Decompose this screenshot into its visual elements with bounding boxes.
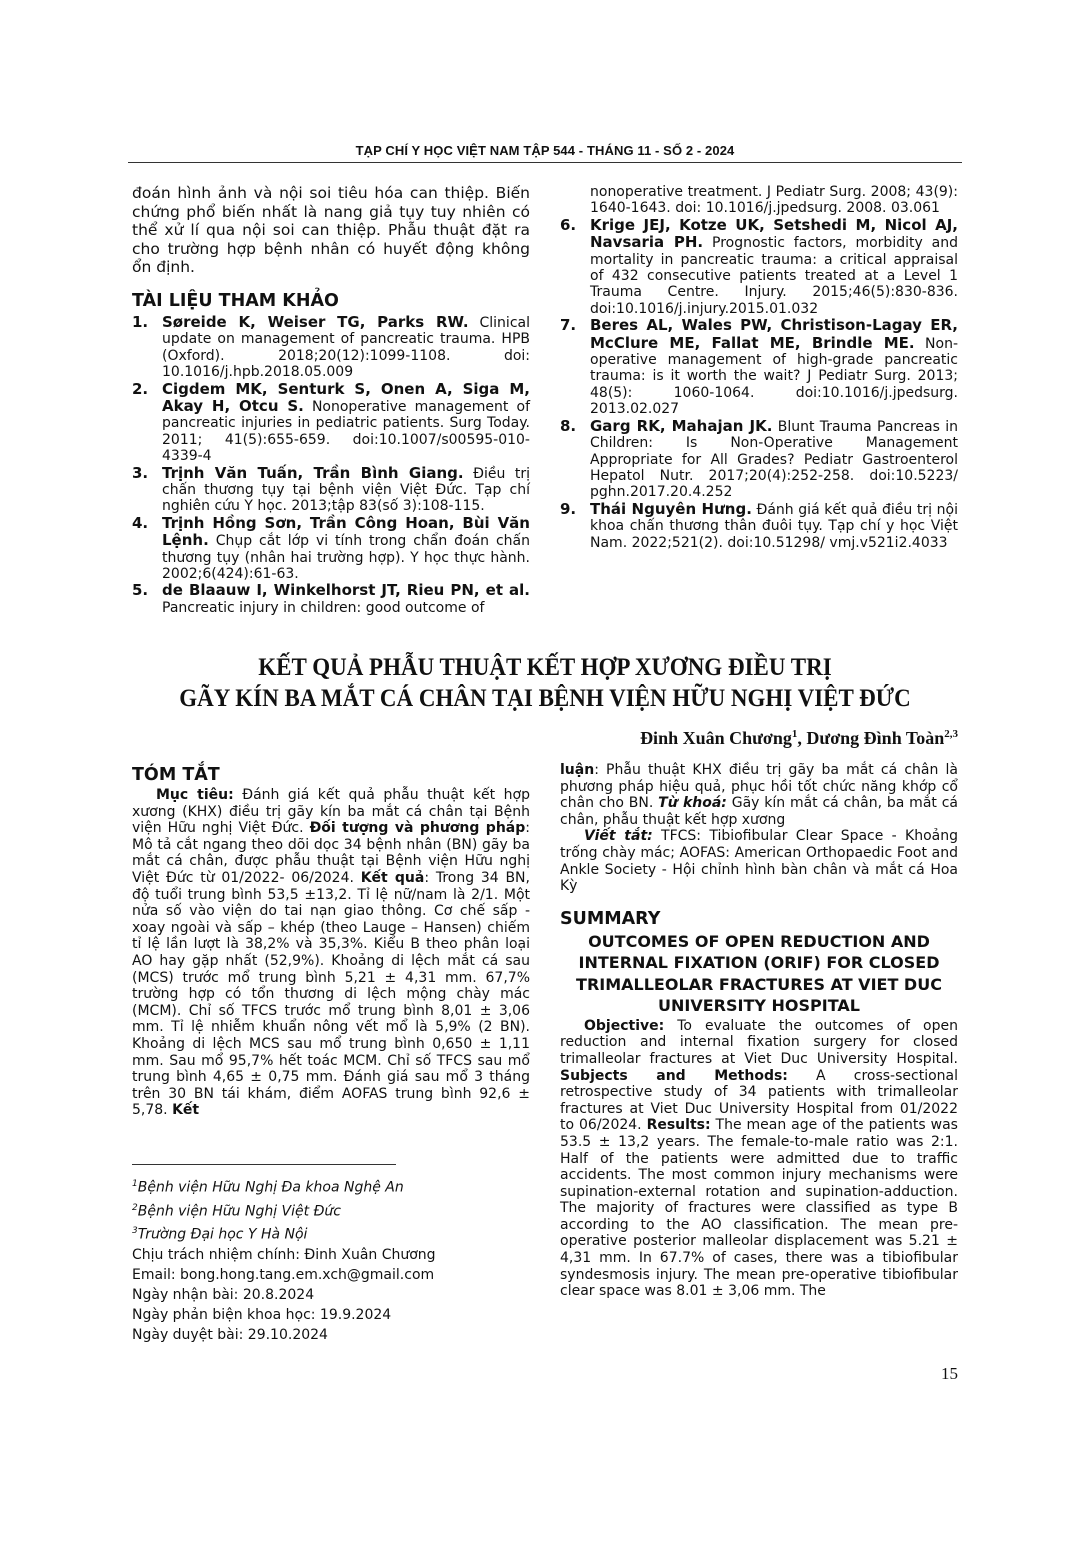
reference-authors: Thái Nguyên Hưng. bbox=[590, 500, 752, 518]
footnote-divider bbox=[132, 1164, 396, 1165]
reference-continuation: nonoperative treatment. J Pediatr Surg. … bbox=[560, 184, 958, 217]
reference-authors: Søreide K, Weiser TG, Parks RW. bbox=[162, 313, 469, 331]
date-reviewed: Ngày phản biện khoa học: 19.9.2024 bbox=[132, 1305, 530, 1325]
article-authors: Đinh Xuân Chương1, Dương Đình Toàn2,3 bbox=[640, 728, 958, 749]
reference-authors: Beres AL, Wales PW, Christison-Lagay ER,… bbox=[590, 316, 958, 351]
left-column-top: đoán hình ảnh và nội soi tiêu hóa can th… bbox=[132, 184, 530, 616]
reference-text: Chụp cắt lớp vi tính trong chẩn đoán chấ… bbox=[162, 533, 530, 582]
english-title: OUTCOMES OF OPEN REDUCTION AND INTERNAL … bbox=[560, 931, 958, 1017]
header-divider bbox=[128, 162, 962, 163]
reference-text: Pancreatic injury in children: good outc… bbox=[162, 600, 484, 616]
reference-item: 3. Trịnh Văn Tuấn, Trần Bình Giang. Điều… bbox=[132, 465, 530, 515]
reference-item: 6. Krige JEJ, Kotze UK, Setshedi M, Nico… bbox=[560, 217, 958, 317]
page-number: 15 bbox=[941, 1364, 958, 1384]
affiliation: 1Bệnh viện Hữu Nghị Đa khoa Nghệ An bbox=[132, 1174, 530, 1198]
footnotes: 1Bệnh viện Hữu Nghị Đa khoa Nghệ An 2Bện… bbox=[132, 1174, 530, 1345]
abstract-continuation-and-summary: luận: Phẫu thuật KHX điều trị gãy ba mắt… bbox=[560, 762, 958, 1300]
author-name: Đinh Xuân Chương bbox=[640, 728, 792, 748]
reference-item: 8. Garg RK, Mahajan JK. Blunt Trauma Pan… bbox=[560, 418, 958, 501]
references-heading: TÀI LIỆU THAM KHẢO bbox=[132, 291, 530, 311]
date-accepted: Ngày duyệt bài: 29.10.2024 bbox=[132, 1325, 530, 1345]
abbreviations: Viết tắt: TFCS: Tibiofibular Clear Space… bbox=[560, 828, 958, 894]
reference-authors: Garg RK, Mahajan JK. bbox=[590, 417, 772, 435]
journal-running-header: TẠP CHÍ Y HỌC VIỆT NAM TẬP 544 - THÁNG 1… bbox=[128, 143, 962, 158]
abstract-conclusion: luận: Phẫu thuật KHX điều trị gãy ba mắt… bbox=[560, 762, 958, 828]
abstract-vietnamese: TÓM TẮT Mục tiêu: Đánh giá kết quả phẫu … bbox=[132, 765, 530, 1119]
reference-item: 4. Trịnh Hồng Sơn, Trần Công Hoan, Bùi V… bbox=[132, 515, 530, 583]
reference-authors: de Blaauw I, Winkelhorst JT, Rieu PN, et… bbox=[162, 581, 530, 599]
article-title-line-1: KẾT QUẢ PHẪU THUẬT KẾT HỢP XƯƠNG ĐIỀU TR… bbox=[161, 652, 928, 683]
summary-body: Objective: To evaluate the outcomes of o… bbox=[560, 1018, 958, 1300]
reference-authors: Trịnh Văn Tuấn, Trần Bình Giang. bbox=[162, 464, 464, 482]
affiliation: 2Bệnh viện Hữu Nghị Việt Đức bbox=[132, 1198, 530, 1222]
reference-item: 7. Beres AL, Wales PW, Christison-Lagay … bbox=[560, 317, 958, 417]
author-name: Dương Đình Toàn bbox=[806, 728, 944, 748]
article-title-line-2: GÃY KÍN BA MẮT CÁ CHÂN TẠI BỆNH VIỆN HỮU… bbox=[161, 683, 928, 714]
previous-article-conclusion: đoán hình ảnh và nội soi tiêu hóa can th… bbox=[132, 184, 530, 277]
reference-item: 5. de Blaauw I, Winkelhorst JT, Rieu PN,… bbox=[132, 582, 530, 616]
reference-item: 1. Søreide K, Weiser TG, Parks RW. Clini… bbox=[132, 314, 530, 381]
date-received: Ngày nhận bài: 20.8.2024 bbox=[132, 1285, 530, 1305]
abstract-body: Mục tiêu: Đánh giá kết quả phẫu thuật kế… bbox=[132, 787, 530, 1119]
right-column-top: nonoperative treatment. J Pediatr Surg. … bbox=[560, 184, 958, 551]
reference-item: 2. Cigdem MK, Senturk S, Onen A, Siga M,… bbox=[132, 381, 530, 465]
abstract-heading: TÓM TẮT bbox=[132, 765, 530, 785]
affiliation: 3Trường Đại học Y Hà Nội bbox=[132, 1221, 530, 1245]
article-title: KẾT QUẢ PHẪU THUẬT KẾT HỢP XƯƠNG ĐIỀU TR… bbox=[161, 652, 928, 714]
reference-item: 9. Thái Nguyên Hưng. Đánh giá kết quả đi… bbox=[560, 501, 958, 551]
affiliation-marker: 2,3 bbox=[944, 728, 958, 740]
keywords-label: Từ khoá: bbox=[658, 795, 727, 811]
corresponding-email: Email: bong.hong.tang.em.xch@gmail.com bbox=[132, 1265, 530, 1285]
summary-heading: SUMMARY bbox=[560, 909, 958, 929]
corresponding-author: Chịu trách nhiệm chính: Đinh Xuân Chương bbox=[132, 1245, 530, 1265]
